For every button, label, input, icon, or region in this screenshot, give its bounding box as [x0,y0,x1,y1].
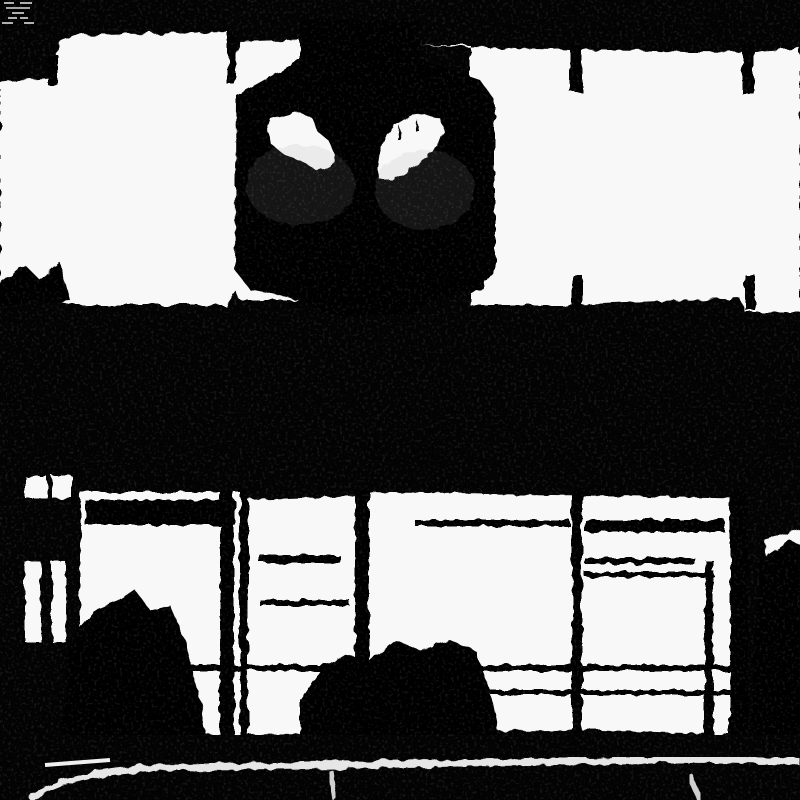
striped-logo-icon [0,0,36,28]
photo [0,0,800,800]
photo-artwork [0,0,800,800]
